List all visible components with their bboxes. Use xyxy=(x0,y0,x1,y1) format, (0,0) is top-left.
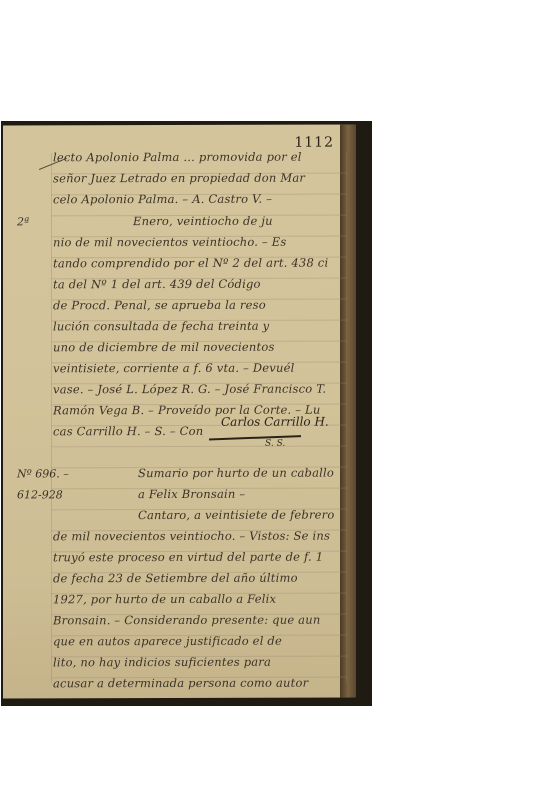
entry-3-line-1: Cantaro, a veintisiete de febrero xyxy=(138,505,345,527)
entry-2-line-11: cas Carrillo H. – S. – Conforme. – xyxy=(53,421,203,442)
entry-3-line-9: acusar a determinada persona como autor xyxy=(53,673,345,695)
entry-1-line-3: celo Apolonio Palma. – A. Castro V. – xyxy=(53,189,345,211)
entry-3-line-8: lito, no hay indicios suficientes para xyxy=(53,652,345,674)
entry-2-line-4: ta del Nº 1 del art. 439 del Código xyxy=(53,274,345,296)
entry-3-title-line-2: a Felix Bronsain – xyxy=(138,484,345,506)
entry-2-margin-label: 2ª xyxy=(17,211,29,232)
entry-3-line-2: de mil novecientos veintiocho. – Vistos:… xyxy=(53,526,345,548)
entry-2-line-5: de Procd. Penal, se aprueba la reso xyxy=(53,295,345,317)
entry-3-case-number: Nº 696. – xyxy=(17,463,69,484)
entry-2-line-6: lución consultada de fecha treinta y xyxy=(53,316,345,338)
entry-2-line-2: nio de mil novecientos veintiocho. – Es xyxy=(53,232,345,254)
entry-3-case-code: 612-928 xyxy=(17,484,63,505)
entry-3-line-5: 1927, por hurto de un caballo a Felix xyxy=(53,589,345,611)
entry-2-line-9: vase. – José L. López R. G. – José Franc… xyxy=(53,379,345,401)
document-scan: 1112 lecto Apolonio Palma … promovida po… xyxy=(1,121,372,706)
entry-3-line-3: truyó este proceso en virtud del parte d… xyxy=(53,547,345,569)
signature: Carlos Carrillo H. xyxy=(221,415,329,429)
entry-1-line-2: señor Juez Letrado en propiedad don Mar xyxy=(53,168,345,190)
entry-2-line-7: uno de diciembre de mil novecientos xyxy=(53,337,345,359)
entry-1-line-1: lecto Apolonio Palma … promovida por el xyxy=(53,147,345,169)
entry-3-line-7: que en autos aparece justificado el de xyxy=(53,631,345,653)
ledger-page: 1112 lecto Apolonio Palma … promovida po… xyxy=(3,125,356,699)
entry-3-line-4: de fecha 23 de Setiembre del año último xyxy=(53,568,345,590)
entry-2-line-1: Enero, veintiocho de ju xyxy=(53,210,425,232)
entry-3-title-line-1: Sumario por hurto de un caballo xyxy=(138,463,345,485)
entry-2-line-3: tando comprendido por el Nº 2 del art. 4… xyxy=(53,253,345,275)
signature-sub: S. S. xyxy=(265,439,285,449)
entry-2-line-8: veintisiete, corriente a f. 6 vta. – Dev… xyxy=(53,358,345,380)
entry-3-line-6: Bronsain. – Considerando presente: que a… xyxy=(53,610,345,632)
